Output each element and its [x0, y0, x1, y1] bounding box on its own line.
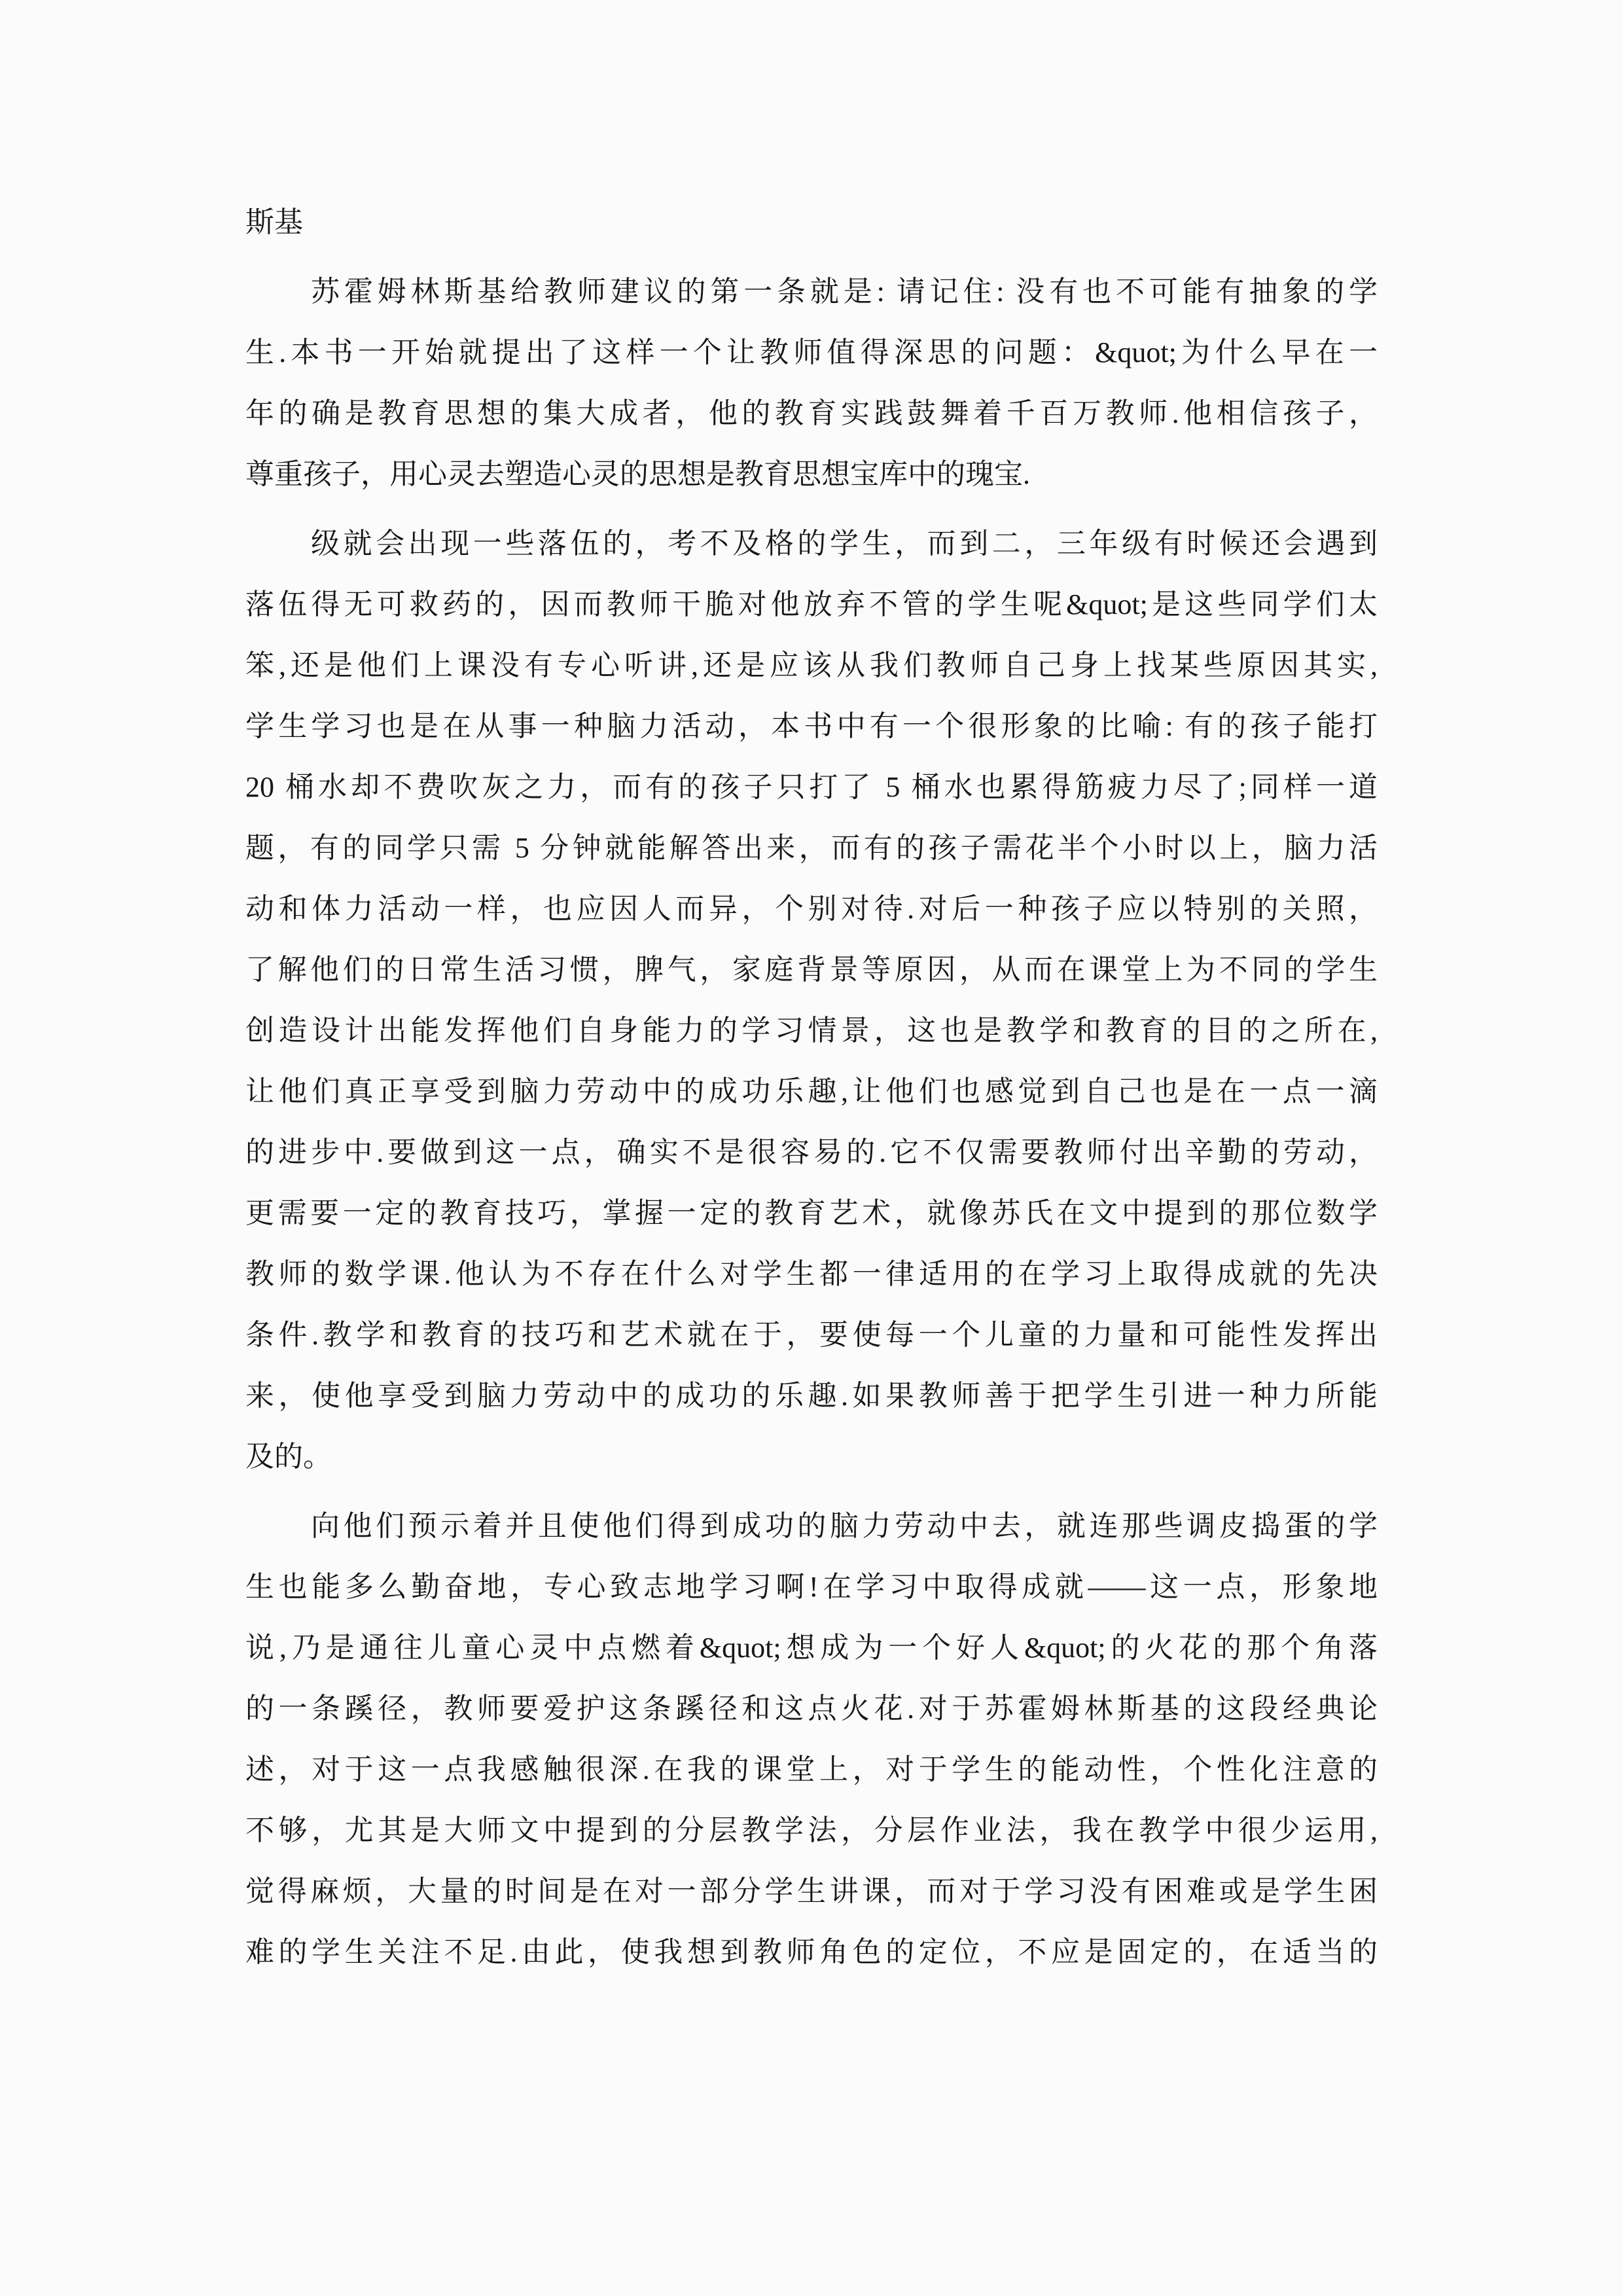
text-line: 了解他们的日常生活习惯，脾气，家庭背景等原因，从而在课堂上为不同的学生	[245, 939, 1378, 1000]
text-line: 笨,还是他们上课没有专心听讲,还是应该从我们教师自己身上找某些原因其实,	[245, 635, 1378, 696]
text-line: 让他们真正享受到脑力劳动中的成功乐趣,让他们也感觉到自己也是在一点一滴	[245, 1061, 1378, 1122]
text-line: 向他们预示着并且使他们得到成功的脑力劳动中去，就连那些调皮捣蛋的学	[245, 1496, 1378, 1556]
document-page: { "page": { "background": "#fbfbfb", "te…	[0, 0, 1623, 2296]
text-line: 斯基	[245, 192, 1378, 253]
document-body: 斯基苏霍姆林斯基给教师建议的第一条就是: 请记住: 没有也不可能有抽象的学生.本…	[245, 192, 1378, 1982]
text-line: 难的学生关注不足.由此，使我想到教师角色的定位，不应是固定的，在适当的	[245, 1922, 1378, 1982]
text-line: 落伍得无可救药的，因而教师干脆对他放弃不管的学生呢&quot;是这些同学们太	[245, 574, 1378, 635]
text-line: 学生学习也是在从事一种脑力活动，本书中有一个很形象的比喻: 有的孩子能打	[245, 696, 1378, 757]
text-line: 条件.教学和教育的技巧和艺术就在于，要使每一个儿童的力量和可能性发挥出	[245, 1304, 1378, 1365]
text-line: 生也能多么勤奋地，专心致志地学习啊!在学习中取得成就——这一点，形象地	[245, 1556, 1378, 1617]
text-line: 觉得麻烦，大量的时间是在对一部分学生讲课，而对于学习没有困难或是学生困	[245, 1861, 1378, 1922]
text-line: 说,乃是通往儿童心灵中点燃着&quot;想成为一个好人&quot;的火花的那个角…	[245, 1617, 1378, 1678]
text-line: 生.本书一开始就提出了这样一个让教师值得深思的问题：&quot;为什么早在一	[245, 322, 1378, 383]
text-line: 不够，尤其是大师文中提到的分层教学法，分层作业法，我在教学中很少运用,	[245, 1800, 1378, 1861]
text-line: 年的确是教育思想的集大成者，他的教育实践鼓舞着千百万教师.他相信孩子，	[245, 383, 1378, 444]
text-line: 更需要一定的教育技巧，掌握一定的教育艺术，就像苏氏在文中提到的那位数学	[245, 1183, 1378, 1244]
text-line: 来，使他享受到脑力劳动中的成功的乐趣.如果教师善于把学生引进一种力所能	[245, 1365, 1378, 1426]
text-line: 题，有的同学只需 5 分钟就能解答出来，而有的孩子需花半个小时以上，脑力活	[245, 817, 1378, 878]
text-line: 及的。	[245, 1426, 1378, 1487]
text-line: 述，对于这一点我感触很深.在我的课堂上，对于学生的能动性，个性化注意的	[245, 1739, 1378, 1800]
text-line: 动和体力活动一样，也应因人而异，个别对待.对后一种孩子应以特别的关照，	[245, 878, 1378, 939]
text-line: 的进步中.要做到这一点，确实不是很容易的.它不仅需要教师付出辛勤的劳动，	[245, 1122, 1378, 1183]
text-line: 苏霍姆林斯基给教师建议的第一条就是: 请记住: 没有也不可能有抽象的学	[245, 261, 1378, 322]
text-line: 创造设计出能发挥他们自身能力的学习情景，这也是教学和教育的目的之所在,	[245, 1000, 1378, 1061]
text-line: 20 桶水却不费吹灰之力，而有的孩子只打了 5 桶水也累得筋疲力尽了;同样一道	[245, 757, 1378, 817]
text-line: 尊重孩子，用心灵去塑造心灵的思想是教育思想宝库中的瑰宝.	[245, 444, 1378, 505]
text-line: 的一条蹊径，教师要爱护这条蹊径和这点火花.对于苏霍姆林斯基的这段经典论	[245, 1678, 1378, 1739]
text-line: 级就会出现一些落伍的，考不及格的学生，而到二，三年级有时候还会遇到	[245, 513, 1378, 574]
text-line: 教师的数学课.他认为不存在什么对学生都一律适用的在学习上取得成就的先决	[245, 1244, 1378, 1304]
